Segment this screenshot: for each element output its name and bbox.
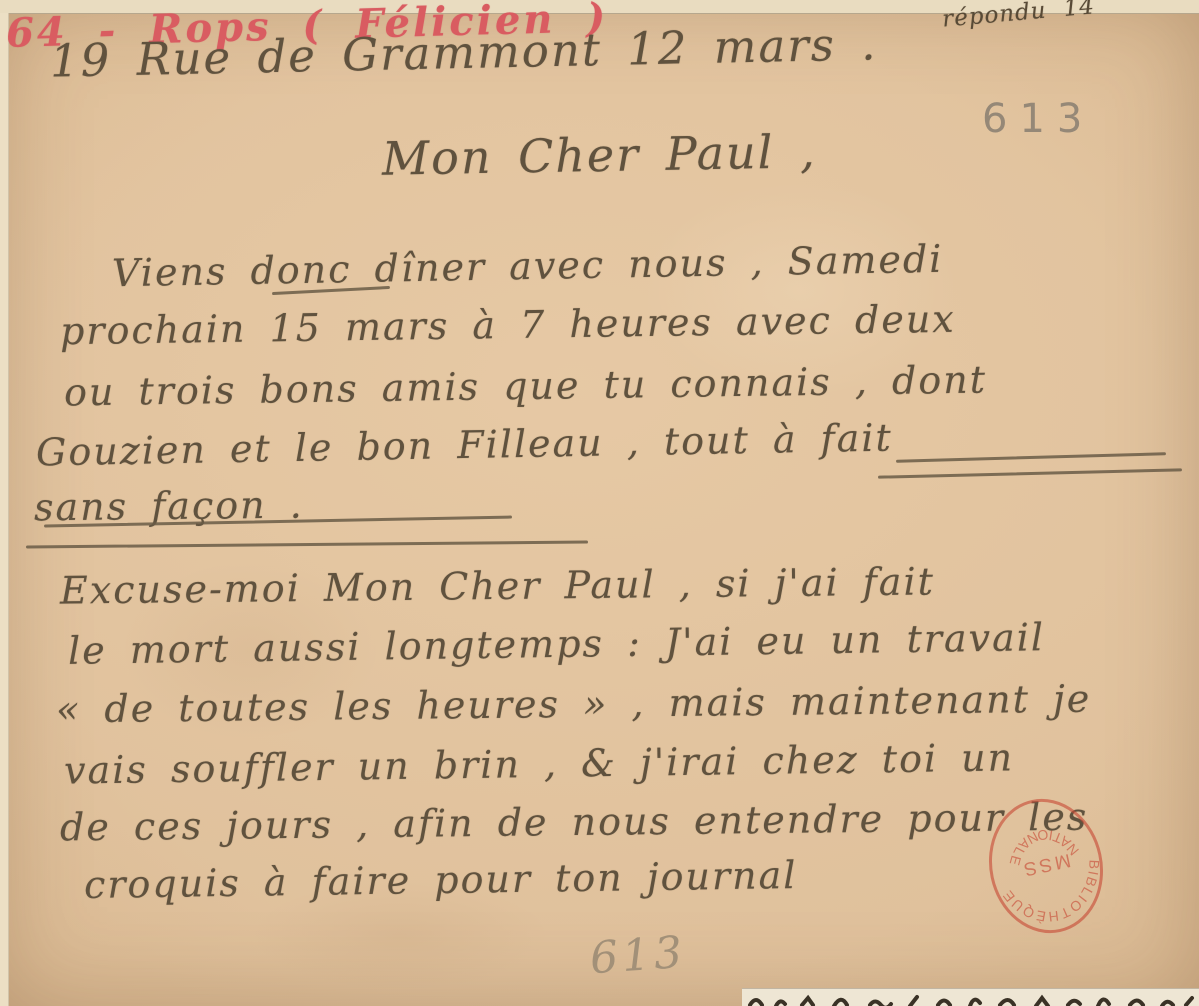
folio-number-stamp: 613 xyxy=(982,96,1094,142)
letter-line: ou trois bons amis que tu connais , dont xyxy=(64,358,987,415)
letter-line: vais souffler un brin , & j'irai chez to… xyxy=(64,735,1015,792)
letter-line: croquis à faire pour ton journal xyxy=(84,853,798,907)
pencil-folio-number: 613 xyxy=(588,927,687,985)
letter-line: « de toutes les heures » , mais maintena… xyxy=(56,677,1092,732)
letter-line: Excuse-moi Mon Cher Paul , si j'ai fait xyxy=(60,559,935,612)
letter-line: prochain 15 mars à 7 heures avec deux xyxy=(60,297,956,354)
salutation: Mon Cher Paul , xyxy=(382,124,817,186)
next-page-handwriting-fragment xyxy=(742,989,1199,1006)
letter-line: Viens donc dîner avec nous , Samedi xyxy=(112,237,944,296)
bibliotheque-nationale-stamp: BIBLIOTHÈQUE NATIONALE MSS xyxy=(964,778,1129,955)
letter-line: de ces jours , afin de nous entendre pou… xyxy=(60,795,1089,850)
pen-underline-sans-facon-2 xyxy=(26,541,588,549)
repondu-annotation: répondu 14 xyxy=(941,0,1096,33)
next-page-edge xyxy=(742,988,1199,1006)
pen-underline-tout-a-fait-2 xyxy=(878,468,1182,478)
letter-line: le mort aussi longtemps : J'ai eu un tra… xyxy=(68,615,1046,673)
album-page-left-edge xyxy=(0,13,9,1006)
letter-line: Gouzien et le bon Filleau , tout à fait xyxy=(36,416,893,475)
pen-underline-tout-a-fait-1 xyxy=(896,452,1166,463)
letter-page: 64 - Rops ( Félicien ) répondu 14 613 19… xyxy=(0,0,1199,1006)
